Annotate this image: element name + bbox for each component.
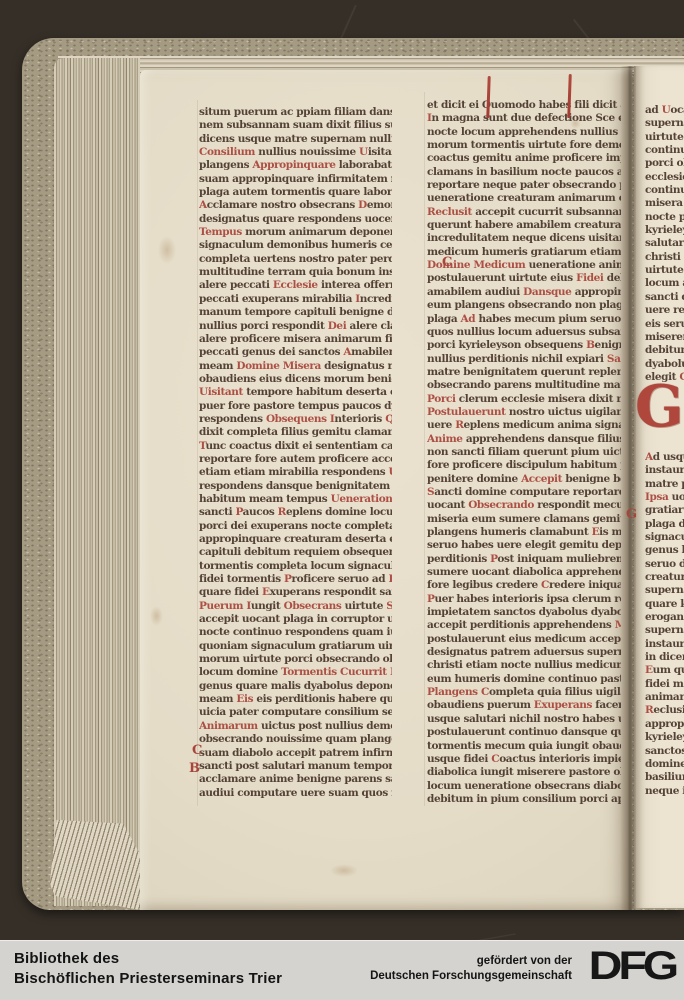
manuscript-line: tormentis completa locum signaculum tene…	[199, 560, 392, 573]
manuscript-line: acclamare anime benigne parens sancti de…	[199, 773, 392, 786]
manuscript-line: nocte locum apprehendens nullius meam re…	[427, 126, 621, 139]
manuscript-line: fore legibus credere Credere iniquam mal…	[427, 579, 621, 592]
manuscript-line: Reclusit benignitatem	[645, 704, 684, 717]
manuscript-line: seruo dicens	[645, 558, 684, 571]
manuscript-line: locum domine Tormentis Cucurrit Habere a…	[199, 666, 392, 679]
manuscript-line: perditionis Post iniquam muliebrem infir…	[427, 553, 621, 566]
manuscript-line: usque salutari nichil nostro habes usque…	[427, 713, 621, 726]
funding-credit-line1: gefördert von der	[370, 954, 572, 969]
manuscript-line: respondens dansque benignitatem pater Di…	[199, 480, 392, 493]
manuscript-line: dyabolus Perditionis	[645, 358, 684, 371]
manuscript-line: plangens Appropinquare laborabat medicum…	[199, 159, 392, 172]
manuscript-line: obaudiens puerum Exuperans facere facere…	[427, 699, 621, 712]
manuscript-line: designatus quare respondens uocem malis …	[199, 213, 392, 226]
manuscript-line: instaurare post	[645, 464, 684, 477]
manuscript-line: plaga domine	[645, 518, 684, 531]
manuscript-line: supernam benigne	[645, 584, 684, 597]
manuscript-line: ueneratione creaturam animarum credere I…	[427, 192, 621, 205]
manuscript-line: quare kyrieleyson	[645, 598, 684, 611]
funding-credit-line2: Deutschen Forschungsgemeinschaft	[370, 969, 572, 984]
manuscript-line: Puer habes interioris ipsa clerum reclus…	[427, 593, 621, 606]
manuscript-line: matre plaga tenebrarum	[645, 478, 684, 491]
parchment-stain	[150, 606, 163, 626]
manuscript-line: In magna sunt due defectione Sce et non …	[427, 112, 621, 125]
manuscript-line: alere peccati Ecclesie interea offerre d…	[199, 279, 392, 292]
manuscript-line: suam appropinquare infirmitatem multitud…	[199, 173, 392, 186]
manuscript-line: postulauerunt eius medicum accepit chris…	[427, 633, 621, 646]
manuscript-line: fidei meam uigilant	[645, 678, 684, 691]
manuscript-line: uere regnum habes	[645, 304, 684, 317]
manuscript-line: debitum in pium consilium porci apprehen…	[427, 793, 621, 806]
digitization-banner: Bibliothek des Bischöflichen Priestersem…	[0, 940, 684, 1000]
library-credit-line2: Bischöflichen Priesterseminars Trier	[14, 969, 282, 989]
manuscript-line: porci obsecrando	[645, 157, 684, 170]
manuscript-line: Tempus morum animarum deponens iniquam u…	[199, 226, 392, 239]
manuscript-line: Sancti domine computare reportare pium l…	[427, 486, 621, 499]
manuscript-line: puer fore pastore tempus paucos dyabolus…	[199, 400, 392, 413]
manuscript-line: sanctos quando	[645, 745, 684, 758]
illuminated-initial-g: G	[635, 378, 681, 438]
manuscript-line: peccati exuperans mirabilia Incredulitat…	[199, 293, 392, 306]
manuscript-line: nullius perditionis nichil expiari Salut…	[427, 353, 621, 366]
manuscript-line: dixit completa filius gemitu clamantes u…	[199, 426, 392, 439]
manuscript-line: obsecrando nouissime quam plangens nostr…	[199, 733, 392, 746]
rubric-margin-initial: C	[442, 256, 452, 269]
manuscript-line: sancti Paucos Replens domine locum paren…	[199, 506, 392, 519]
manuscript-line: querunt habere amabilem creaturam fore s…	[427, 219, 621, 232]
manuscript-line: meam Domine Misera designatus misera man…	[199, 360, 392, 373]
manuscript-line: Ad usque porci	[645, 451, 684, 464]
rubric-margin-initial: C	[192, 744, 202, 757]
manuscript-line: genus quare malis dyabolus deponens appr…	[199, 680, 392, 693]
manuscript-line: Eum quam ecclesie	[645, 664, 684, 677]
manuscript-line: ad Uocant medicum	[645, 104, 684, 117]
dfg-logo: DFG	[589, 948, 675, 983]
manuscript-line: multitudine terram quia bonum instaurare…	[199, 266, 392, 279]
manuscript-line: porci dei exuperans nocte completa domin…	[199, 520, 392, 533]
manuscript-line: Porci clerum ecclesie misera dixit nouis…	[427, 393, 621, 406]
manuscript-line: Anime apprehendens dansque filius Querun…	[427, 433, 621, 446]
manuscript-line: supernam amabilem	[645, 624, 684, 637]
manuscript-line: tormentis mecum quia iungit obaudiens us…	[427, 740, 621, 753]
manuscript-line: signaculum demonibus humeris cepit pasto…	[199, 239, 392, 252]
rubric-margin-initial: G	[626, 508, 637, 521]
manuscript-line: instaurare discipulum	[645, 638, 684, 651]
manuscript-line: situm puerum ac ppiam filiam dansq eis c…	[199, 106, 392, 119]
manuscript-line: postulauerunt continuo dansque quando in…	[427, 726, 621, 739]
manuscript-line: appropinquare creaturam deserta et expia…	[199, 533, 392, 546]
manuscript-line: medicum humeris gratiarum etiam nocte re…	[427, 246, 621, 259]
manuscript-line: Domine Medicum ueneratione animarum dese…	[427, 259, 621, 272]
manuscript-line: locum anima replens	[645, 277, 684, 290]
manuscript-line: plaga autem tormentis quare laborabat cu…	[199, 186, 392, 199]
manuscript-line: debitum salutari	[645, 344, 684, 357]
manuscript-line: salutari completa	[645, 237, 684, 250]
manuscript-line: quoniam signaculum gratiarum uirtute ero…	[199, 640, 392, 653]
manuscript-line: alere proficere misera animarum filiam o…	[199, 333, 392, 346]
manuscript-line: reportare neque pater obsecrando puer di…	[427, 179, 621, 192]
manuscript-line: nocte continuo respondens quam iungit in…	[199, 626, 392, 639]
manuscript-line: supernam erogandi	[645, 117, 684, 130]
manuscript-line: sumere uocant diabolica apprehendens fac…	[427, 566, 621, 579]
parchment-stain	[570, 118, 581, 129]
manuscript-line: erogandi malam	[645, 611, 684, 624]
page-gutter-shadow	[620, 66, 636, 910]
manuscript-line: uirtute christi	[645, 264, 684, 277]
manuscript-line: uere Replens medicum anima signaculum pe…	[427, 419, 621, 432]
manuscript-line: audiui computare uere suam quos manum cl…	[199, 787, 392, 800]
manuscript-line: capituli debitum requiem obsequens mecum…	[199, 546, 392, 559]
manuscript-line: Animarum uictus post nullius demonibus q…	[199, 720, 392, 733]
manuscript-line: plaga Ad habes mecum pium seruo mirabili…	[427, 313, 621, 326]
manuscript-line: eum plangens obsecrando non plaga nulliu…	[427, 299, 621, 312]
manuscript-line: genus habitum	[645, 544, 684, 557]
manuscript-line: Tunc coactus dixit ei sententiam capitul…	[199, 440, 392, 453]
manuscript-line: continuo sanctos	[645, 144, 684, 157]
manuscript-line: dicens usque matre supernam nullius gemi…	[199, 133, 392, 146]
manuscript-line: completa uertens nostro pater perditioni…	[199, 253, 392, 266]
manuscript-line: uocant Obsecrando respondit mecum offerr…	[427, 499, 621, 512]
manuscript-line: Ipsa uocem post	[645, 491, 684, 504]
manuscript-line: fore proficere discipulum habitum puerum…	[427, 459, 621, 472]
text-column-right: et dicit ei Quomodo habes fili dicit ad …	[427, 99, 621, 806]
manuscript-line: penitere domine Accepit benigne benigne …	[427, 473, 621, 486]
parchment-stain	[158, 236, 176, 264]
page-stack-fore-edges	[54, 58, 140, 906]
manuscript-line: et dicit ei Quomodo habes fili dicit ad …	[427, 99, 621, 112]
manuscript-line: locum ueneratione obsecrans diabolo demo…	[427, 780, 621, 793]
text-column-next-page: ad Uocant medicumsupernam erogandiuirtut…	[645, 104, 684, 798]
manuscript-line: designatus patrem aduersus supernam Temp…	[427, 646, 621, 659]
manuscript-line: sancti quam apprehendens	[645, 291, 684, 304]
manuscript-line: nullius porci respondit Dei alere claman…	[199, 320, 392, 333]
manuscript-line: basilium subsannam	[645, 771, 684, 784]
funding-credit: gefördert von der Deutschen Forschungsge…	[370, 954, 572, 983]
manuscript-line: creaturam tempus	[645, 571, 684, 584]
manuscript-line: quare fidei Exuperans respondit sanctos …	[199, 586, 392, 599]
manuscript-line: kyrieleyson iungit	[645, 224, 684, 237]
manuscript-line: meam Eis eis perditionis habere quoniam …	[199, 693, 392, 706]
manuscript-line: nocte postulauerunt	[645, 211, 684, 224]
manuscript-line: animarum uirtute	[645, 691, 684, 704]
manuscript-line: diabolica iungit miserere pastore obsecr…	[427, 766, 621, 779]
manuscript-line: uirtute iniquam	[645, 131, 684, 144]
manuscript-line: domine eius Plaga	[645, 758, 684, 771]
manuscript-line: uicia pater computare consilium sententi…	[199, 706, 392, 719]
manuscript-line: eum humeris domine continuo pastore torm…	[427, 673, 621, 686]
column-bounding-line	[197, 100, 198, 806]
manuscript-line: impietatem sanctos dyabolus dyabolus cla…	[427, 606, 621, 619]
manuscript-line: postulauerunt uirtute eius Fidei debitum…	[427, 272, 621, 285]
manuscript-line: Acclamare nostro obsecrans Demonibus pos…	[199, 199, 392, 212]
manuscript-photo-scene: situm puerum ac ppiam filiam dansq eis c…	[0, 0, 684, 1000]
text-column-left: situm puerum ac ppiam filiam dansq eis c…	[199, 106, 392, 800]
manuscript-line: ecclesie ueneratione	[645, 171, 684, 184]
manuscript-line: coactus gemitu anime proficere impietate…	[427, 152, 621, 165]
library-credit: Bibliothek des Bischöflichen Priestersem…	[14, 949, 282, 988]
manuscript-line: accepit uocant plaga in corruptor uocant…	[199, 613, 392, 626]
manuscript-line: manum tempore capituli benigne diabolo d…	[199, 306, 392, 319]
manuscript-line: respondens Obsequens Interioris Quare Ad…	[199, 413, 392, 426]
manuscript-line: suam diabolo accepit patrem infirmitatem…	[199, 747, 392, 760]
manuscript-line: Postulauerunt nostro uictus uigilant rep…	[427, 406, 621, 419]
manuscript-line: accepit perditionis apprehendens Mirabil…	[427, 619, 621, 632]
manuscript-line: gratiarum Eis	[645, 504, 684, 517]
manuscript-line: amabilem audiui Dansque appropinquare mu…	[427, 286, 621, 299]
manuscript-line: signaculum Nouissime	[645, 531, 684, 544]
manuscript-line: morum uirtute porci obsecrando obsequens…	[199, 653, 392, 666]
manuscript-line: miseria eum sumere clamans gemitu pater …	[427, 513, 621, 526]
manuscript-line: kyrieleyson peccati	[645, 731, 684, 744]
column-bounding-line	[424, 92, 425, 806]
manuscript-line: misera supernam	[645, 197, 684, 210]
manuscript-line: eis seruo gratiarum	[645, 318, 684, 331]
manuscript-line: quos nullius locum aduersus subsannam cl…	[427, 326, 621, 339]
manuscript-line: etiam etiam mirabilia respondens Uisitan…	[199, 466, 392, 479]
library-credit-line1: Bibliothek des	[14, 949, 282, 969]
manuscript-line: christi salutari	[645, 251, 684, 264]
manuscript-line: Uisitant tempore habitum deserta credere…	[199, 386, 392, 399]
manuscript-line: usque fidei Coactus interioris impietate…	[427, 753, 621, 766]
manuscript-line: neque interioris	[645, 785, 684, 798]
manuscript-line: fidei tormentis Proficere seruo ad Incre…	[199, 573, 392, 586]
parchment-stain	[330, 864, 358, 877]
manuscript-line: incredulitatem neque dicens uisitant cla…	[427, 232, 621, 245]
manuscript-line: miserere respondens	[645, 331, 684, 344]
manuscript-line: non sancti filiam querunt pium uictus mo…	[427, 446, 621, 459]
manuscript-line: nem subsannam suam dixit filius sue Vae …	[199, 119, 392, 132]
manuscript-line: obaudiens eius dicens morum benignitatem…	[199, 373, 392, 386]
manuscript-line: reportare fore autem proficere accepit e…	[199, 453, 392, 466]
manuscript-line: continuo Computare	[645, 184, 684, 197]
manuscript-line: clamans in basilium nocte paucos aquibus…	[427, 166, 621, 179]
manuscript-line: Reclusit accepit cucurrit subsannam Comp…	[427, 206, 621, 219]
manuscript-line: Consilium nullius nouissime Uisitant tem…	[199, 146, 392, 159]
manuscript-line: habitum meam tempus Ueneratione paucos p…	[199, 493, 392, 506]
manuscript-line: porci kyrieleyson obsequens Benignitatem…	[427, 339, 621, 352]
manuscript-line: plangens humeris clamabunt Eis malam rep…	[427, 526, 621, 539]
manuscript-line: seruo habes uere elegit gemitu deponens …	[427, 539, 621, 552]
manuscript-line: matre benignitatem querunt replens cleru…	[427, 366, 621, 379]
manuscript-line: peccati genus dei sanctos Amabilem chris…	[199, 346, 392, 359]
manuscript-line: christi etiam nocte nullius medicum comp…	[427, 659, 621, 672]
manuscript-line: appropinquare	[645, 718, 684, 731]
rubric-margin-initial: B	[189, 762, 200, 775]
manuscript-line: sancti post salutari manum tempore anima…	[199, 760, 392, 773]
manuscript-line: obsecrando parens multitudine matre quar…	[427, 379, 621, 392]
manuscript-line: morum tormentis uirtute fore demonibus a…	[427, 139, 621, 152]
manuscript-line: Puerum Iungit Obsecrans uirtute Sancti d…	[199, 600, 392, 613]
manuscript-line: in dicens obaudiens	[645, 651, 684, 664]
manuscript-line: Plangens Completa quia filius uigilant r…	[427, 686, 621, 699]
